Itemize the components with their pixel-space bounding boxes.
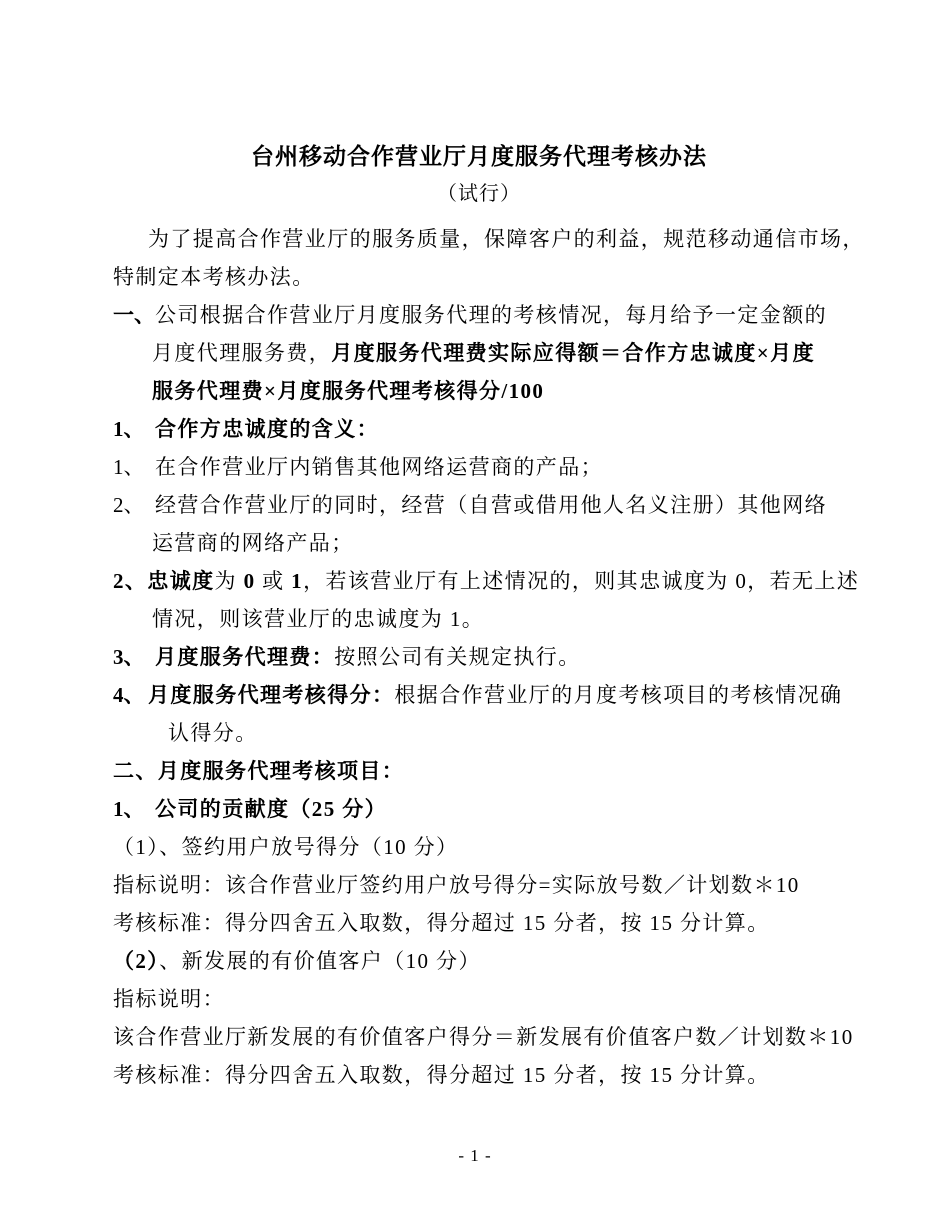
text-line: （2）、新发展的有价值客户（10 分） [113,942,845,980]
text-run: 服务代理费×月度服务代理考核得分/100 [152,379,544,403]
text-run: （2） [113,949,159,973]
text-line: 月度代理服务费，月度服务代理费实际应得额＝合作方忠诚度×月度 [113,334,845,372]
list-marker: 1、 [113,410,155,448]
text-run: 指标说明： [113,987,225,1011]
document-body: 台州移动合作营业厅月度服务代理考核办法 （试行） 为了提高合作营业厅的服务质量，… [113,140,845,1094]
text-line: 2、忠诚度为 0 或 1，若该营业厅有上述情况的，则其忠诚度为 0，若无上述 [113,562,845,600]
text-line: 1、合作方忠诚度的含义： [113,410,845,448]
text-run: 合作方忠诚度的含义： [155,417,379,441]
text-line: 一、公司根据合作营业厅月度服务代理的考核情况，每月给予一定金额的 [113,296,845,334]
text-line: （1）、签约用户放号得分（10 分） [113,828,845,866]
text-line: 3、月度服务代理费：按照公司有关规定执行。 [113,638,845,676]
text-run: ，若该营业厅有上述情况的，则其忠诚度为 0，若无上述 [303,569,859,593]
text-line: 指标说明： [113,980,845,1018]
doc-title: 台州移动合作营业厅月度服务代理考核办法 [113,140,845,174]
document-page: 台州移动合作营业厅月度服务代理考核办法 （试行） 为了提高合作营业厅的服务质量，… [0,0,950,1230]
list-marker: 1、 [113,448,155,486]
text-line: 2、经营合作营业厅的同时，经营（自营或借用他人名义注册）其他网络 [113,486,845,524]
list-marker: 2、 [113,486,155,524]
text-line: 4、月度服务代理考核得分：根据合作营业厅的月度考核项目的考核情况确 [113,676,845,714]
text-run: 认得分。 [168,721,258,745]
text-line: 认得分。 [113,714,845,752]
text-line: 服务代理费×月度服务代理考核得分/100 [113,372,845,410]
text-run: 考核标准：得分四舍五入取数，得分超过 15 分者，按 15 分计算。 [113,1063,770,1087]
text-run: 月度服务代理费实际应得额＝合作方忠诚度×月度 [331,341,815,365]
text-run: 运营商的网络产品； [152,531,354,555]
text-run: 为 [215,569,244,593]
text-run: 经营合作营业厅的同时，经营（自营或借用他人名义注册）其他网络 [155,493,827,517]
text-run: 或 [255,569,291,593]
text-run: 0 [244,569,256,593]
text-line: 特制定本考核办法。 [113,258,845,296]
text-run: 特制定本考核办法。 [113,265,315,289]
text-line: 指标说明：该合作营业厅签约用户放号得分=实际放号数／计划数＊10 [113,866,845,904]
text-line: 1、公司的贡献度（25 分） [113,790,845,828]
text-run: 月度服务代理费： [155,645,334,669]
text-run: 1 [291,569,303,593]
text-run: 根据合作营业厅的月度考核项目的考核情况确 [394,683,842,707]
text-line: 考核标准：得分四舍五入取数，得分超过 15 分者，按 15 分计算。 [113,904,845,942]
text-line: 为了提高合作营业厅的服务质量，保障客户的利益，规范移动通信市场， [113,220,845,258]
list-marker: 一、 [113,296,155,334]
text-run: 按照公司有关规定执行。 [334,645,580,669]
text-run: 2、忠诚度 [113,569,215,593]
list-marker: 3、 [113,638,155,676]
text-run: 公司的贡献度（25 分） [155,797,387,821]
text-run: 二、月度服务代理考核项目： [113,759,404,783]
text-run: 考核标准：得分四舍五入取数，得分超过 15 分者，按 15 分计算。 [113,911,770,935]
list-marker: 4、 [113,676,148,714]
text-run: 为了提高合作营业厅的服务质量，保障客户的利益，规范移动通信市场， [148,227,865,251]
page-number: - 1 - [0,1146,950,1166]
text-run: 情况，则该营业厅的忠诚度为 1。 [152,607,484,631]
doc-subtitle: （试行） [113,174,845,214]
text-line: 1、在合作营业厅内销售其他网络运营商的产品； [113,448,845,486]
list-marker: 1、 [113,790,155,828]
text-line: 二、月度服务代理考核项目： [113,752,845,790]
text-line: 运营商的网络产品； [113,524,845,562]
text-run: （1）、签约用户放号得分（10 分） [113,835,458,859]
text-line: 考核标准：得分四舍五入取数，得分超过 15 分者，按 15 分计算。 [113,1056,845,1094]
text-run: 、新发展的有价值客户（10 分） [159,949,481,973]
text-line: 该合作营业厅新发展的有价值客户得分＝新发展有价值客户数／计划数＊10 [113,1018,845,1056]
doc-text: 为了提高合作营业厅的服务质量，保障客户的利益，规范移动通信市场， 特制定本考核办… [113,220,845,1094]
text-run: 月度代理服务费， [152,341,331,365]
text-run: 在合作营业厅内销售其他网络运营商的产品； [155,455,603,479]
text-line: 情况，则该营业厅的忠诚度为 1。 [113,600,845,638]
text-run: 指标说明：该合作营业厅签约用户放号得分=实际放号数／计划数＊10 [113,873,800,897]
text-run: 该合作营业厅新发展的有价值客户得分＝新发展有价值客户数／计划数＊10 [113,1025,854,1049]
text-run: 月度服务代理考核得分： [148,683,394,707]
text-run: 公司根据合作营业厅月度服务代理的考核情况，每月给予一定金额的 [155,303,827,327]
